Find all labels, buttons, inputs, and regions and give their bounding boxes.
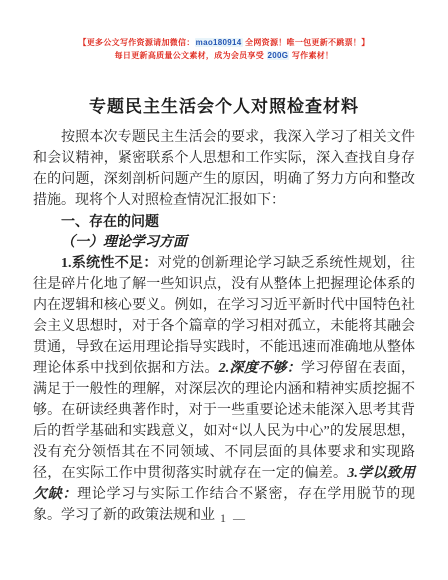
section-1-heading: 一、存在的问题 <box>33 211 415 232</box>
promo-line-2-suffix: 写作素材！ <box>289 51 333 60</box>
issues-paragraph: 1.系统性不足：对党的创新理论学习缺乏系统性规划，往往是碎片化地了解一些知识点，… <box>33 253 415 526</box>
size-highlight: 200G <box>267 51 290 60</box>
promo-line-1-prefix: 【更多公文写作资源请加微信： <box>78 38 194 47</box>
item-1-text: 对党的创新理论学习缺乏系统性规划，往往是碎片化地了解一些知识点，没有从整体上把握… <box>33 256 415 376</box>
promo-line-2-prefix: 每日更新高质量公文素材，成为会员享受 <box>115 51 267 60</box>
page-number: — 1 — <box>0 511 448 526</box>
document-page: 【更多公文写作资源请加微信：mao180914 全网资源！唯一包更新不跳票！】 … <box>0 0 448 580</box>
item-1-label: 1.系统性不足： <box>61 256 158 271</box>
item-2-text: 学习停留在表面，满足于一般性的理解，对深层次的理论内涵和精神实质挖掘不够。在研读… <box>33 361 415 481</box>
promo-line-1-suffix: 全网资源！唯一包更新不跳票！】 <box>243 38 370 47</box>
promo-line-1: 【更多公文写作资源请加微信：mao180914 全网资源！唯一包更新不跳票！】 <box>0 36 448 49</box>
document-title: 专题民主生活会个人对照检查材料 <box>0 96 448 118</box>
promo-banner: 【更多公文写作资源请加微信：mao180914 全网资源！唯一包更新不跳票！】 … <box>0 0 448 62</box>
wechat-id: mao180914 <box>195 38 243 47</box>
item-2-label: 2.深度不够： <box>219 361 301 376</box>
subsection-1-heading: （一）理论学习方面 <box>33 232 415 253</box>
document-body: 按照本次专题民主生活会的要求，我深入学习了相关文件和会议精神，紧密联系个人思想和… <box>33 127 415 526</box>
promo-line-2: 每日更新高质量公文素材，成为会员享受 200G 写作素材！ <box>0 49 448 62</box>
intro-paragraph: 按照本次专题民主生活会的要求，我深入学习了相关文件和会议精神，紧密联系个人思想和… <box>33 127 415 211</box>
